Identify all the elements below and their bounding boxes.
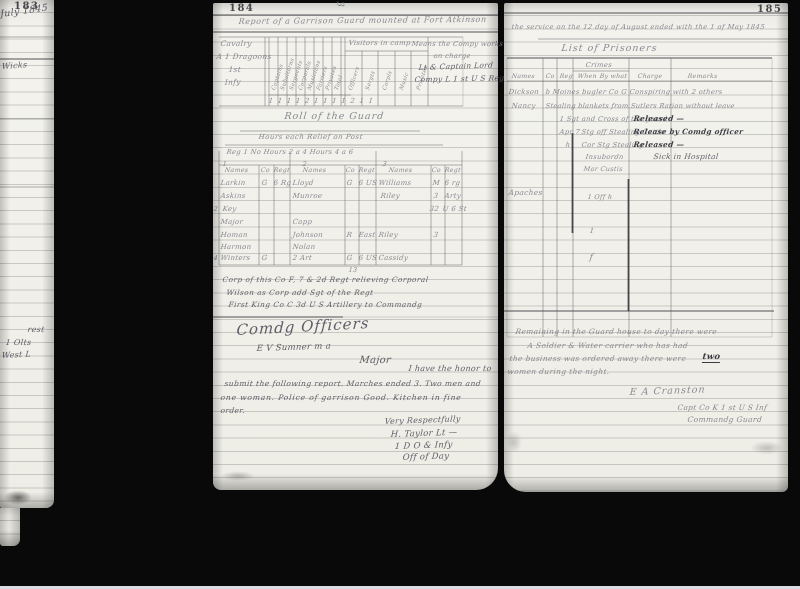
handwriting-line: Infy	[225, 77, 241, 87]
handwriting-line: Winters	[220, 254, 251, 262]
handwriting-line: Reg 1 No Hours 2 a 4 Hours 4 a 6	[226, 148, 354, 156]
handwriting-line: Names	[224, 167, 248, 174]
handwriting-line: Larkin	[220, 179, 246, 187]
handwriting-line: 3	[433, 231, 439, 239]
handwriting-line: Co	[431, 167, 441, 174]
handwriting-line: Nolan	[292, 243, 316, 251]
handwriting-line: Released —	[633, 114, 685, 123]
handwriting-line: Williams	[378, 179, 412, 187]
handwriting-line: Co	[345, 167, 355, 174]
handwriting-layer-184: 3Report of a Garrison Guard mounted at F…	[213, 3, 498, 490]
handwriting-line: 1 1 1 1 2 1 1 1 1 2 1 1	[268, 97, 374, 105]
handwriting-line: Co	[260, 167, 270, 174]
handwriting-line: Homan	[220, 231, 248, 239]
handwriting-line: h	[565, 141, 571, 149]
handwriting-line: By what	[599, 73, 627, 80]
handwriting-line: b Moines bugler Co G	[545, 88, 627, 96]
handwriting-line: 3	[334, 1, 345, 8]
handwriting-line: submit the following report. Marches end…	[224, 379, 481, 388]
handwriting-line: Charge	[637, 73, 663, 80]
handwriting-line: Crimes	[585, 61, 612, 69]
handwriting-line: Apaches	[508, 188, 543, 197]
handwriting-line: Means the Compy works	[411, 40, 503, 48]
handwriting-line: 1 Off h	[587, 193, 613, 201]
handwriting-line: Cavalry	[220, 39, 252, 48]
handwriting-line: July 1845	[0, 2, 48, 20]
handwriting-line: 6 US	[358, 254, 377, 262]
page-shading	[0, 508, 20, 546]
handwriting-line: Conspiring with 2 others	[629, 88, 723, 96]
handwriting-line: Remaining in the Guard house to day ther…	[515, 327, 718, 336]
handwriting-line: 3	[382, 160, 387, 168]
handwriting-line: Capp	[292, 218, 313, 226]
handwriting-line: Riley	[378, 231, 398, 239]
microfilm-scan: 183 July 1845Wicksrest1 OltsWest L 184	[0, 0, 800, 589]
handwriting-line: Major	[220, 218, 243, 226]
handwriting-line: Riley	[380, 192, 400, 200]
handwriting-line: f	[589, 253, 594, 263]
handwriting-line: Wilson as Corp add Sgt of the Regt	[226, 288, 374, 297]
handwriting-line: Commandg Guard	[687, 415, 762, 424]
handwriting-line: Regt	[444, 167, 461, 174]
handwriting-line: Insubordn	[585, 153, 624, 161]
handwriting-line: Release by Comdg officer	[633, 127, 744, 136]
handwriting-line: 32	[429, 205, 439, 213]
handwriting-line: Dickson	[508, 88, 539, 96]
handwriting-line: Off of Day	[402, 451, 449, 463]
handwriting-line: Stealing blankets from Sutlers Ration wi…	[545, 102, 735, 110]
handwriting-line: East	[358, 231, 376, 239]
handwriting-line: G	[346, 179, 353, 187]
handwriting-line: Reg	[559, 73, 573, 80]
handwriting-line: Nancy	[511, 102, 536, 110]
handwriting-line: 6 US	[358, 179, 377, 187]
handwriting-line: Very Respectfully	[384, 414, 461, 426]
handwriting-line: First King Co C 3d U S Artillery to Comm…	[228, 300, 423, 309]
handwriting-line: Key	[222, 205, 237, 213]
handwriting-line: E A Cranston	[629, 384, 706, 398]
handwriting-line: order.	[220, 406, 246, 415]
handwriting-line: women during the night.	[507, 367, 610, 376]
handwriting-line: Capt Co K 1 st U S Inf	[677, 403, 768, 412]
handwriting-line: Co	[545, 73, 555, 80]
handwriting-line: A Soldier & Water carrier who has had	[527, 341, 689, 350]
handwriting-line: Corpls	[382, 70, 394, 92]
page-185: 185 the service on the 12 day of August …	[504, 3, 788, 492]
handwriting-line: Officers	[348, 66, 361, 92]
handwriting-line: Askins	[220, 192, 246, 200]
handwriting-line: Visitors in camp	[348, 39, 411, 47]
handwriting-line: Cassidy	[378, 254, 408, 262]
handwriting-line: Report of a Garrison Guard mounted at Fo…	[238, 15, 487, 26]
handwriting-line: Corp of this Co F, 7 & 2d Regt relieving…	[222, 275, 429, 284]
handwriting-line: 6 Rg	[273, 179, 291, 187]
handwriting-line: 1 Olts	[5, 338, 32, 347]
handwriting-line: G	[261, 179, 268, 187]
handwriting-line: G	[346, 254, 353, 262]
handwriting-line: Music	[399, 72, 410, 92]
handwriting-line: Sick in Hospital	[653, 152, 719, 161]
handwriting-line: H. Taylor Lt —	[390, 428, 457, 440]
handwriting-line: A 1 Dragoons	[216, 52, 272, 61]
handwriting-line: I have the honor to	[408, 364, 492, 373]
handwriting-line: Compy L 1 st U S Regt	[414, 73, 508, 84]
handwriting-line: the business was ordered away there were	[509, 354, 687, 363]
handwriting-line: 3	[433, 192, 439, 200]
handwriting-line: Johnson	[292, 231, 323, 239]
page-184: 184	[213, 3, 498, 490]
handwriting-line: 1 D O & Infy	[394, 440, 453, 452]
handwriting-line: Remarks	[687, 73, 718, 80]
handwriting-line: on charge	[433, 52, 471, 60]
handwriting-layer-185: the service on the 12 day of August ende…	[504, 3, 788, 492]
handwriting-line: Sergts	[365, 70, 377, 91]
handwriting-line: Comdg Officers	[236, 314, 370, 339]
handwriting-line: one woman. Police of garrison Good. Kitc…	[220, 393, 462, 402]
handwriting-layer-183: July 1845Wicksrest1 OltsWest L	[0, 0, 54, 508]
handwriting-line: 4	[213, 254, 218, 262]
handwriting-line: 2	[213, 205, 218, 213]
handwriting-line: 6 rg	[444, 179, 461, 187]
handwriting-line: 1st	[228, 65, 241, 74]
handwriting-line: R	[346, 231, 352, 239]
handwriting-line: Names	[302, 167, 326, 174]
handwriting-line: Wicks	[2, 60, 28, 71]
handwriting-line: Released —	[633, 140, 685, 149]
handwriting-line: Apr 7	[559, 128, 580, 136]
handwriting-line: E V Sumner m a	[256, 341, 331, 354]
handwriting-line: Regt	[358, 167, 375, 174]
handwriting-line: Names	[388, 167, 412, 174]
handwriting-line: Arty	[444, 192, 461, 200]
handwriting-line: 1	[589, 227, 595, 235]
handwriting-line: Lt & Captain Lord	[418, 60, 493, 72]
page-183-sliver: 183 July 1845Wicksrest1 OltsWest L	[0, 0, 54, 508]
handwriting-line: Names	[511, 73, 535, 80]
handwriting-line: Regt	[273, 167, 290, 174]
handwriting-line: 13	[348, 266, 358, 274]
handwriting-line: Major	[359, 355, 392, 366]
handwriting-line: Mar Custis	[583, 165, 623, 173]
handwriting-line: Roll of the Guard	[284, 111, 385, 122]
handwriting-line: 2 Art	[292, 254, 312, 262]
handwriting-line: When	[577, 73, 597, 80]
handwriting-line: Munroe	[292, 192, 323, 200]
handwriting-line: the service on the 12 day of August ende…	[511, 23, 765, 31]
handwriting-line: two	[702, 352, 721, 363]
handwriting-line: G	[261, 254, 268, 262]
handwriting-line: Total	[334, 74, 344, 91]
handwriting-line: Hours each Relief on Post	[258, 133, 363, 141]
handwriting-line: West L	[2, 349, 32, 360]
handwriting-line: Harmon	[220, 243, 252, 251]
handwriting-line: Lloyd	[292, 179, 314, 187]
handwriting-line: M	[432, 179, 440, 187]
handwriting-line: rest	[27, 325, 45, 334]
handwriting-line: U 6 St	[442, 205, 467, 213]
handwriting-line: List of Prisoners	[561, 43, 658, 54]
page-183-foot	[0, 508, 20, 546]
